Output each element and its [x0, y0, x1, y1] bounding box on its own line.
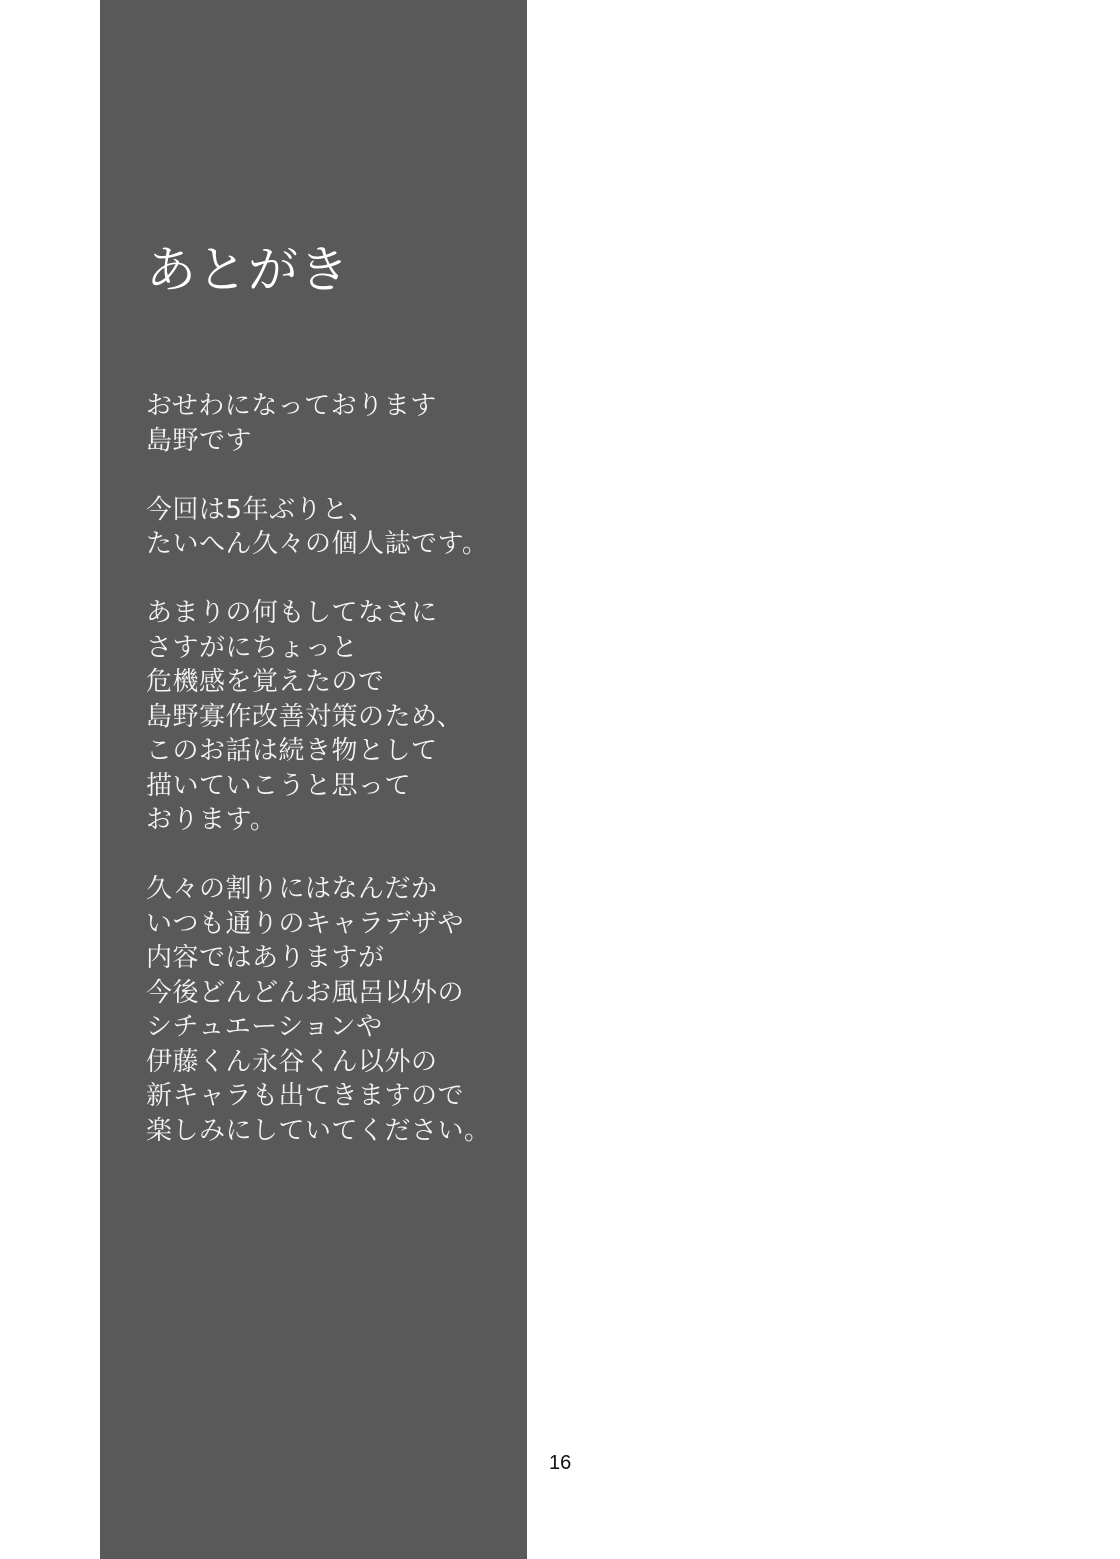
text-line: 今回は5年ぶりと、 [146, 493, 516, 528]
paragraph-plan: あまりの何もしてなさに さすがにちょっと 危機感を覚えたので 島野寡作改善対策の… [146, 596, 516, 838]
text-line: このお話は続き物として [146, 734, 516, 769]
text-line: おります。 [146, 803, 516, 838]
text-line: 新キャラも出てきますので [146, 1079, 516, 1114]
text-line: あまりの何もしてなさに [146, 596, 516, 631]
paragraph-future: 久々の割りにはなんだか いつも通りのキャラデザや 内容ではありますが 今後どんど… [146, 872, 516, 1148]
text-line: さすがにちょっと [146, 631, 516, 666]
paragraph-greeting: おせわになっております 島野です [146, 389, 516, 458]
text-line: 島野です [146, 424, 516, 459]
text-line: 久々の割りにはなんだか [146, 872, 516, 907]
page-number: 16 [549, 1452, 571, 1475]
page-title: あとがき [146, 240, 350, 300]
text-line: 描いていこうと思って [146, 769, 516, 804]
text-line: いつも通りのキャラデザや [146, 907, 516, 942]
afterword-body: おせわになっております 島野です 今回は5年ぶりと、 たいへん久々の個人誌です。… [146, 389, 516, 1183]
text-line: 島野寡作改善対策のため、 [146, 700, 516, 735]
text-line: 今後どんどんお風呂以外の [146, 976, 516, 1011]
text-line: たいへん久々の個人誌です。 [146, 527, 516, 562]
text-line: おせわになっております [146, 389, 516, 424]
text-line: 伊藤くん永谷くん以外の [146, 1045, 516, 1080]
paragraph-intro: 今回は5年ぶりと、 たいへん久々の個人誌です。 [146, 493, 516, 562]
text-line: シチュエーションや [146, 1010, 516, 1045]
text-line: 内容ではありますが [146, 941, 516, 976]
text-line: 危機感を覚えたので [146, 665, 516, 700]
text-line: 楽しみにしていてください。 [146, 1114, 516, 1149]
